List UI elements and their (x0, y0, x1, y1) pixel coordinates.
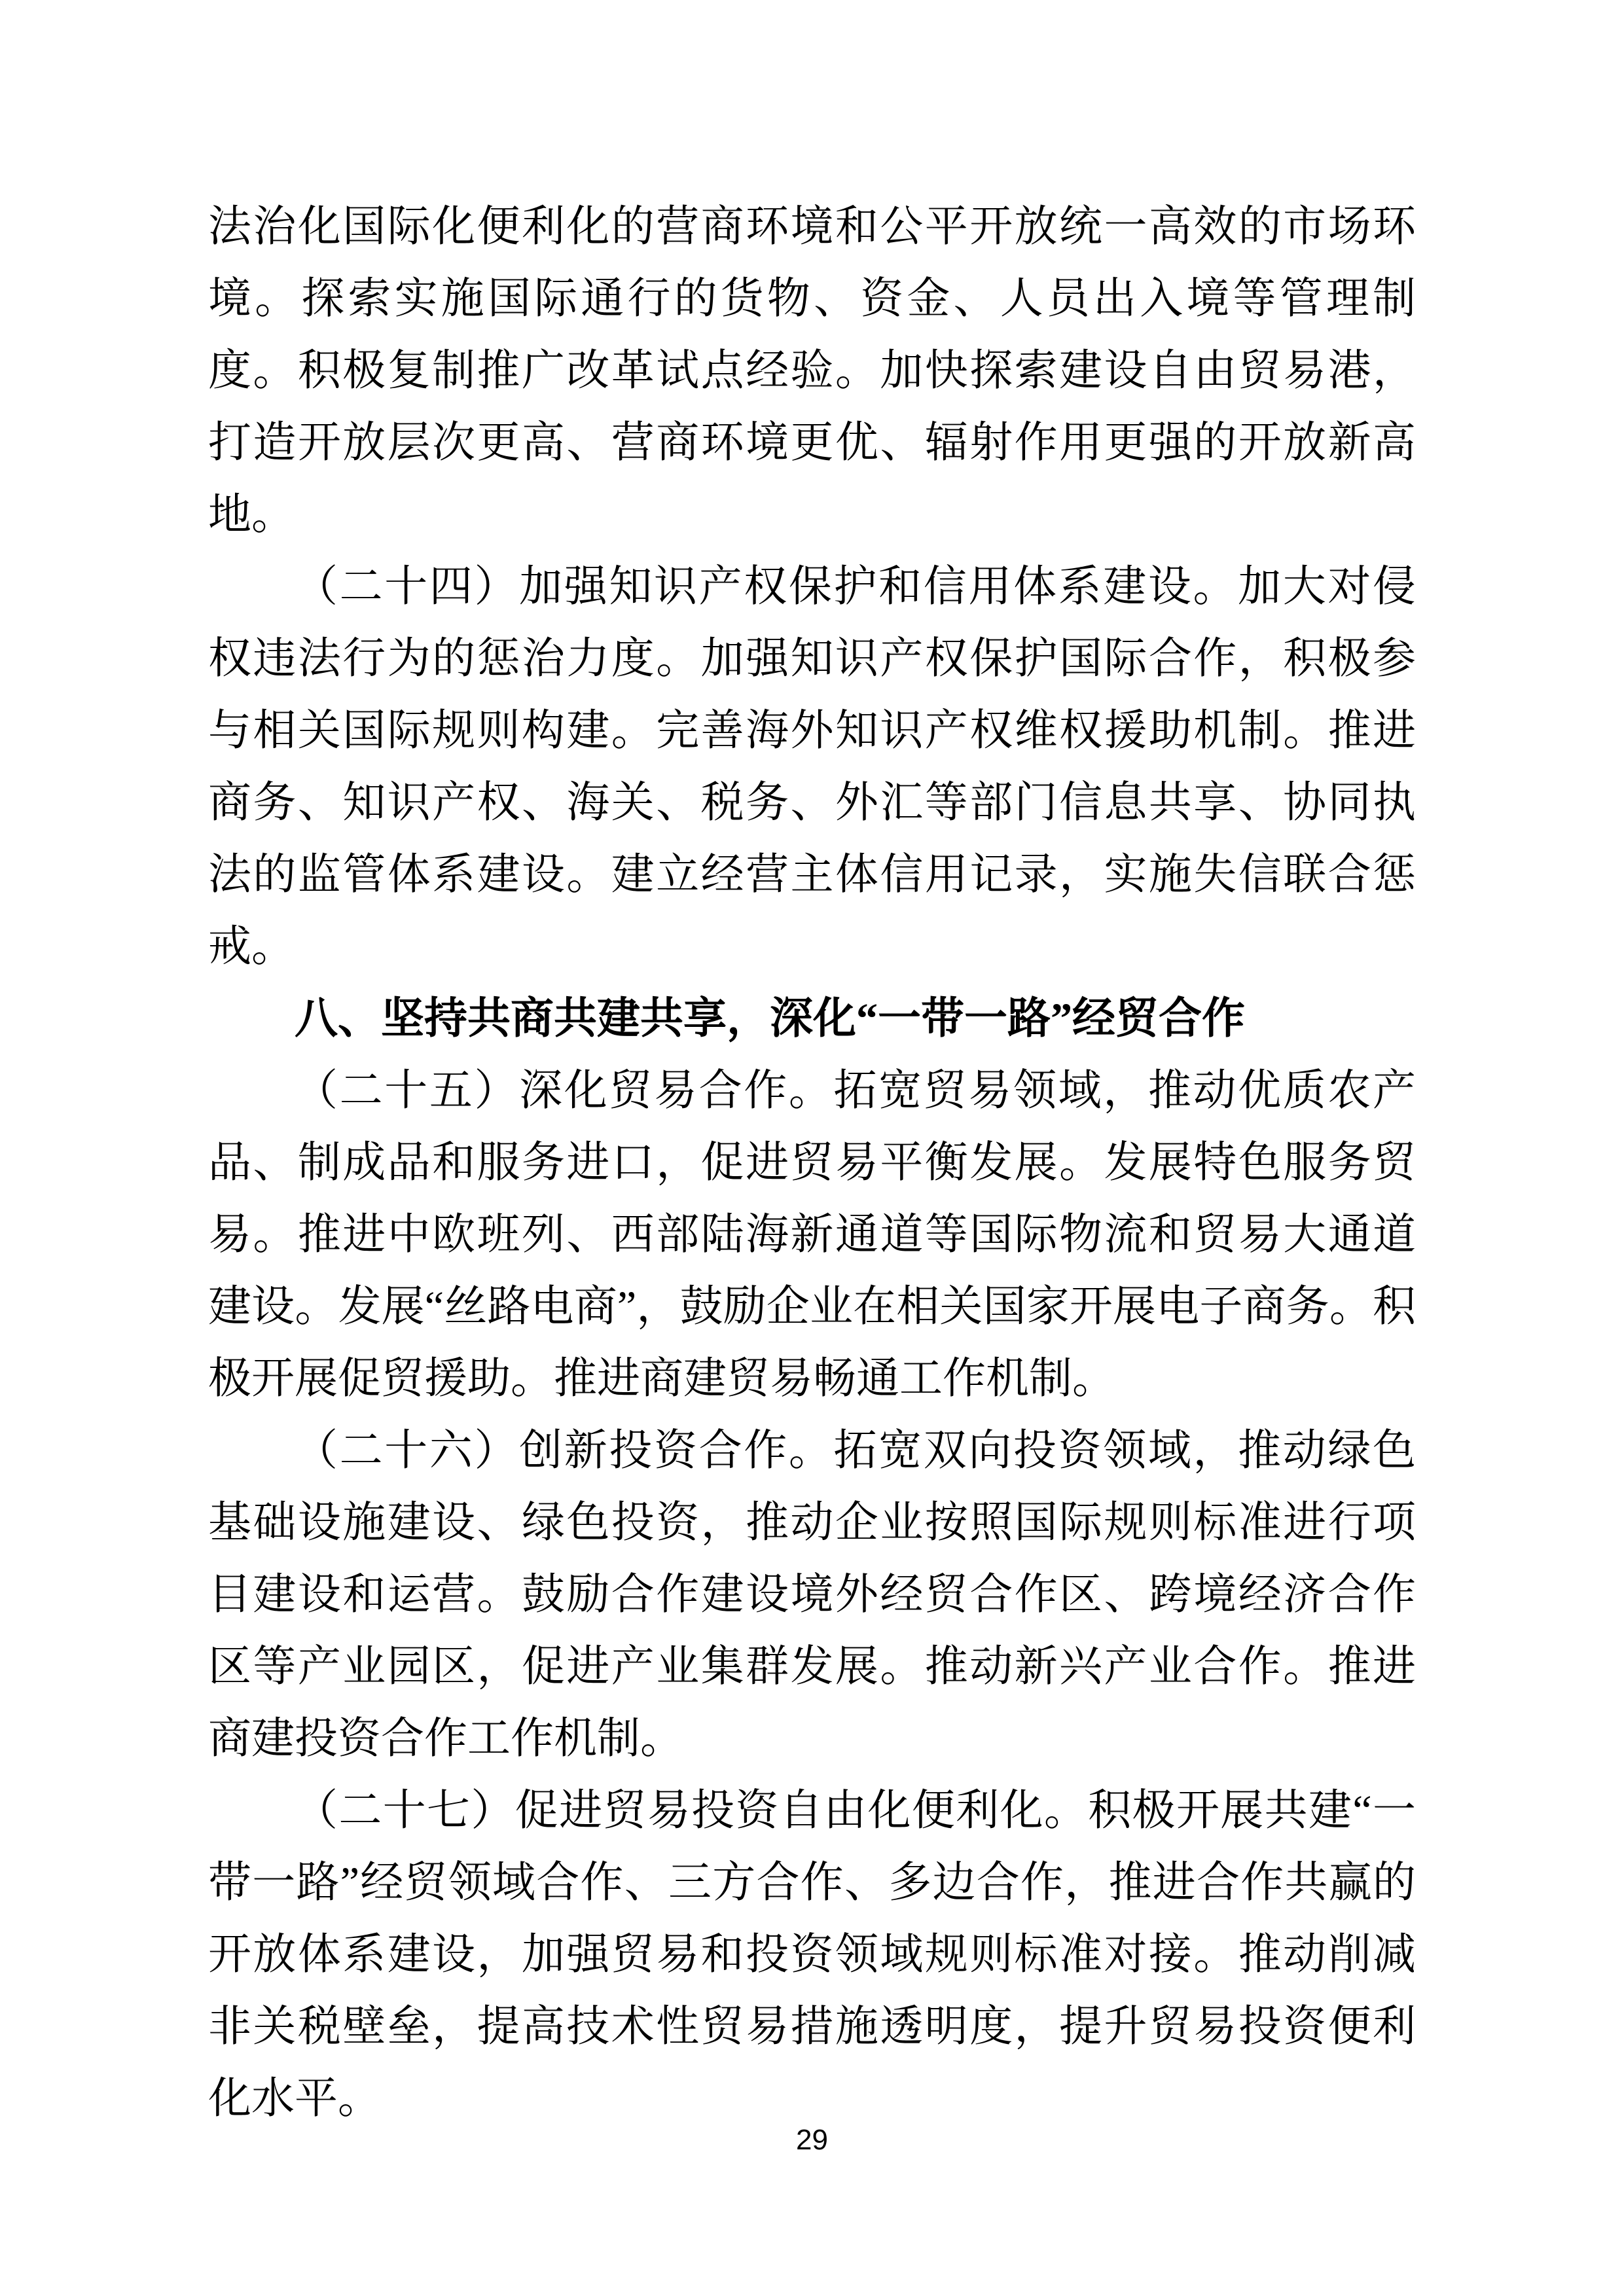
page-number: 29 (0, 2123, 1624, 2158)
paragraph-item-26: （二十六）创新投资合作。拓宽双向投资领域，推动绿色基础设施建设、绿色投资，推动企… (208, 1415, 1416, 1775)
paragraph-item-24: （二十四）加强知识产权保护和信用体系建设。加大对侵权违法行为的惩治力度。加强知识… (208, 551, 1416, 983)
paragraph-item-27: （二十七）促进贸易投资自由化便利化。积极开展共建“一带一路”经贸领域合作、三方合… (208, 1775, 1416, 2135)
paragraph-continuation: 法治化国际化便利化的营商环境和公平开放统一高效的市场环境。探索实施国际通行的货物… (208, 191, 1416, 551)
document-page: 法治化国际化便利化的营商环境和公平开放统一高效的市场环境。探索实施国际通行的货物… (0, 0, 1624, 2296)
section-heading: 八、坚持共商共建共享，深化“一带一路”经贸合作 (208, 983, 1416, 1055)
page-content: 法治化国际化便利化的营商环境和公平开放统一高效的市场环境。探索实施国际通行的货物… (208, 191, 1416, 2135)
paragraph-item-25: （二十五）深化贸易合作。拓宽贸易领域，推动优质农产品、制成品和服务进口，促进贸易… (208, 1055, 1416, 1415)
